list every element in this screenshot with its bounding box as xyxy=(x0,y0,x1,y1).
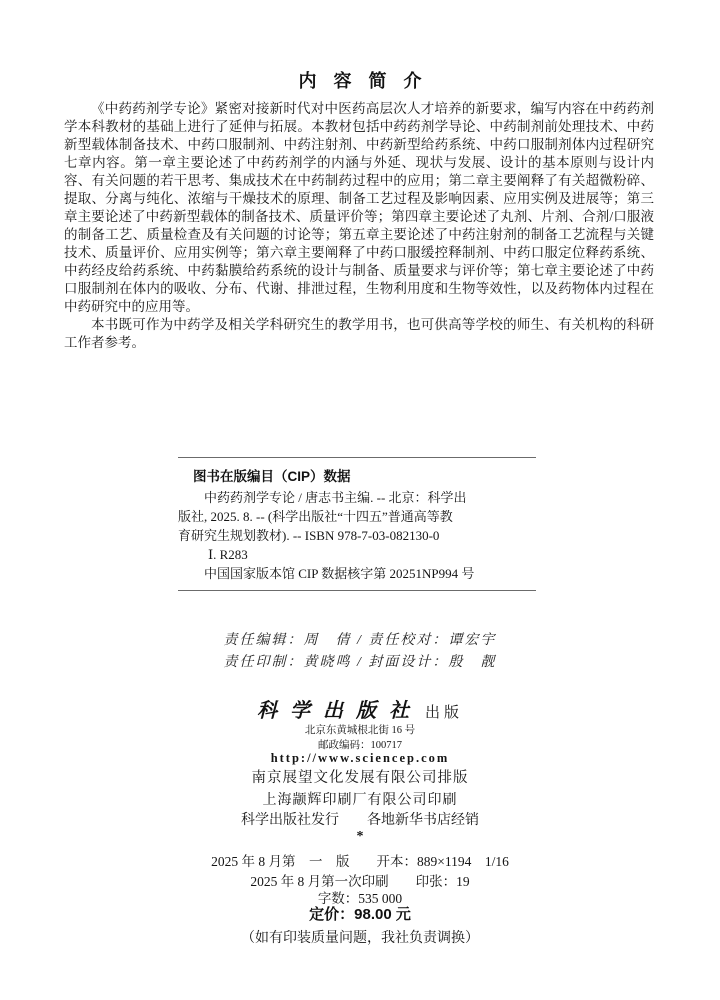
exchange-note: （如有印装质量问题，我社负责调换） xyxy=(0,927,720,947)
cip-line-1: 中药药剂学专论 / 唐志书主编. -- 北京：科学出 xyxy=(178,488,536,507)
publisher-address: 北京东黄城根北街 16 号 xyxy=(0,722,720,737)
price-line: 定价：98.00 元 xyxy=(0,903,720,924)
printer-line: 上海颛辉印刷厂有限公司印刷 xyxy=(0,789,720,809)
publisher-url: http://www.sciencep.com xyxy=(0,751,720,766)
cip-line-4: Ⅰ. R283 xyxy=(178,545,536,564)
distribution-line: 科学出版社发行 各地新华书店经销 xyxy=(0,809,720,829)
edition-line: 2025 年 8 月第 一 版 开本：889×1194 1/16 xyxy=(0,850,720,870)
page-title: 内容简介 xyxy=(0,67,720,93)
page-title-text: 内容简介 xyxy=(299,71,439,91)
credits-section: 责任编辑：周 倩 / 责任校对：谭宏宇 责任印制：黄晓鸣 / 封面设计：殷 靓 xyxy=(0,630,720,674)
cip-line-2: 版社, 2025. 8. -- (科学出版社“十四五”普通高等教 xyxy=(178,507,536,526)
separator-asterisk: * xyxy=(0,829,720,845)
publisher-logo-suffix: 出版 xyxy=(425,705,463,721)
cip-header: 图书在版编目（CIP）数据 xyxy=(178,467,536,486)
credits-line-2: 责任印制：黄晓鸣 / 封面设计：殷 靓 xyxy=(0,652,720,674)
intro-paragraph-1: 《中药药剂学专论》紧密对接新时代对中医药高层次人才培养的新要求，编写内容在中药药… xyxy=(64,100,654,316)
credits-line-1: 责任编辑：周 倩 / 责任校对：谭宏宇 xyxy=(0,630,720,652)
cip-data-box: 图书在版编目（CIP）数据 中药药剂学专论 / 唐志书主编. -- 北京：科学出… xyxy=(178,457,536,591)
publisher-logo-line: 科学出版社 出版 xyxy=(0,694,720,723)
intro-paragraph-2: 本书既可作为中药学及相关学科研究生的教学用书，也可供高等学校的师生、有关机构的科… xyxy=(64,316,654,352)
publisher-postcode: 邮政编码：100717 xyxy=(0,737,720,752)
intro-section: 《中药药剂学专论》紧密对接新时代对中医药高层次人才培养的新要求，编写内容在中药药… xyxy=(64,100,654,352)
typesetter-line: 南京展望文化发展有限公司排版 xyxy=(0,766,720,787)
copyright-page: 内容简介 《中药药剂学专论》紧密对接新时代对中医药高层次人才培养的新要求，编写内… xyxy=(0,0,720,1000)
cip-line-5: 中国国家版本馆 CIP 数据核字第 20251NP994 号 xyxy=(178,564,536,583)
cip-line-3: 育研究生规划教材). -- ISBN 978-7-03-082130-0 xyxy=(178,526,536,545)
publisher-logo: 科学出版社 xyxy=(257,700,422,722)
